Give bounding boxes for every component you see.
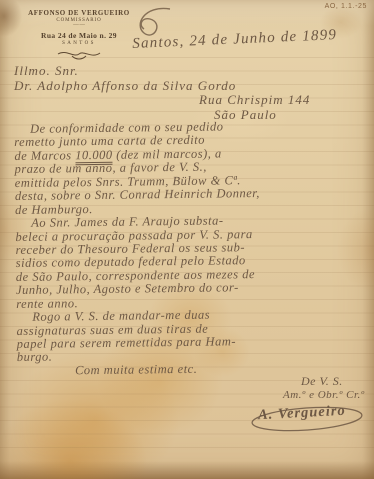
letterhead-address: Rua 24 de Maio n. 29 — [20, 31, 138, 40]
recipient-block: Illmo. Snr. Dr. Adolpho Affonso da Silva… — [14, 64, 366, 122]
recipient-name: Dr. Adolpho Affonso da Silva Gordo — [14, 79, 366, 94]
salutation: Illmo. Snr. — [14, 64, 366, 79]
recipient-street: Rua Chrispim 144 — [14, 93, 366, 108]
scanned-letter-page: AO, 1.1.-25 AFFONSO DE VERGUEIRO COMMISS… — [0, 0, 374, 479]
closing-role: Am.º e Obr.º Cr.º — [283, 389, 365, 401]
letterhead: AFFONSO DE VERGUEIRO COMMISSARIO —·— Rua… — [20, 9, 138, 65]
letterhead-city: SANTOS — [20, 41, 138, 46]
closing-de: De V. S. — [301, 374, 343, 389]
letter-body: De conformidade com o seu pedido remetto… — [14, 119, 369, 379]
signature-block: A. Vergueiro — [248, 401, 366, 435]
archival-mark: AO, 1.1.-25 — [325, 3, 367, 10]
amount-line-pre: de Marcos — [14, 148, 75, 163]
letterhead-name: AFFONSO DE VERGUEIRO — [20, 9, 138, 17]
letterhead-ornament: —·— — [20, 23, 138, 28]
